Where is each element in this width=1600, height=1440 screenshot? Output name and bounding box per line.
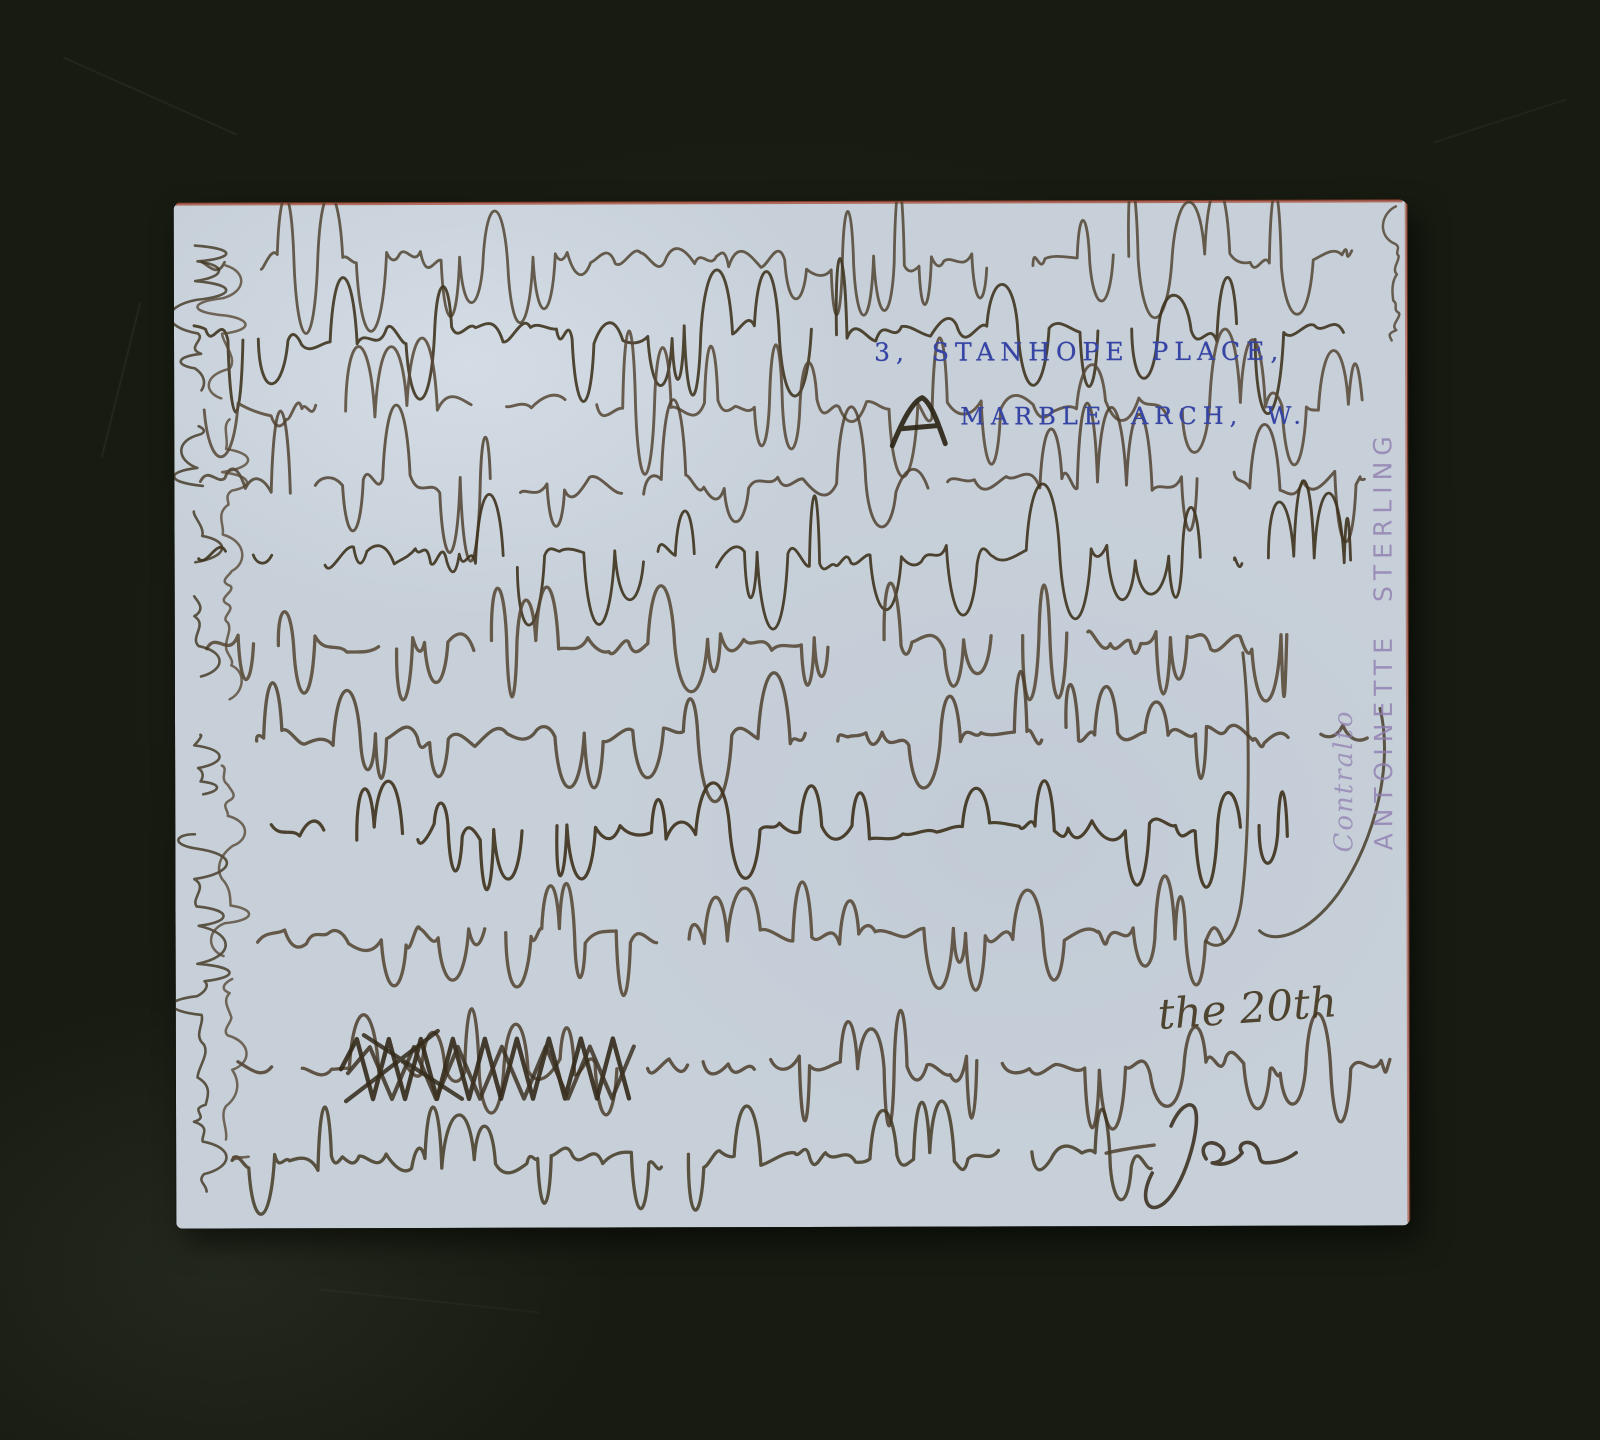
handwriting-line-8 bbox=[257, 876, 1223, 997]
handwriting-line-7 bbox=[271, 779, 1287, 890]
margin-writing-2 bbox=[1383, 206, 1399, 340]
ink-flourish bbox=[1205, 653, 1249, 946]
pencil-annotation-name: ANTOINETTE STERLING bbox=[1368, 430, 1398, 850]
letter-paper: the 20th 3, STANHOPE PLACE, MARBLE ARCH,… bbox=[174, 200, 1410, 1228]
handwriting-line-4 bbox=[198, 480, 1350, 630]
background-scratch bbox=[101, 302, 142, 458]
margin-writing-1 bbox=[197, 265, 250, 1159]
background-scratch bbox=[320, 1289, 539, 1314]
handwriting-line-6 bbox=[256, 671, 1393, 803]
signature-joe bbox=[1145, 1105, 1296, 1208]
pencil-annotation-voice: Contralto bbox=[1329, 709, 1359, 852]
margin-writing-0 bbox=[174, 245, 230, 1191]
letterhead-address-line1: 3, STANHOPE PLACE, bbox=[874, 337, 1284, 367]
background-scratch bbox=[1433, 98, 1567, 143]
ink-dash bbox=[1106, 1145, 1154, 1153]
letterhead-address-line2: MARBLE ARCH, W. bbox=[960, 402, 1307, 431]
background-scratch bbox=[63, 56, 237, 135]
letter-photo: { "scene": { "description": "Photograph … bbox=[0, 0, 1600, 1440]
handwriting-line-10 bbox=[232, 1101, 1151, 1215]
